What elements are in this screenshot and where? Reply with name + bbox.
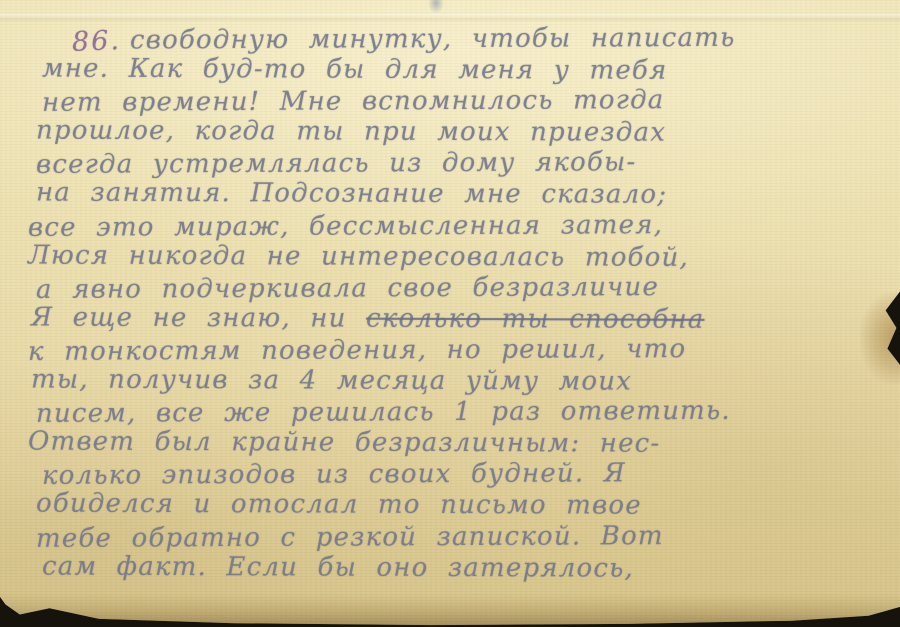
letter-line: тебе обратно с резкой запиской. Вот: [28, 520, 888, 555]
letter-line: Ответ был крайне безразличным: нес-: [28, 427, 888, 461]
crease-line: [0, 14, 900, 22]
letter-line: писем, все же решилась 1 раз ответить.: [28, 395, 888, 430]
strikethrough-text: сколько ты способна: [366, 304, 705, 335]
letter-line: мне. Как буд-то бы для меня у тебя: [28, 54, 888, 88]
letter-line: колько эпизодов из своих будней. Я: [28, 457, 888, 492]
letter-line: а явно подчеркивала свое безразличие: [28, 271, 888, 306]
letter-line: обиделся и отослал то письмо твое: [28, 489, 888, 523]
letter-line: Я еще не знаю, ни сколько ты способна: [28, 302, 888, 336]
letter-line: свободную минутку, чтобы написать: [28, 22, 888, 57]
letter-line: всегда устремлялась из дому якобы-: [28, 146, 888, 181]
letter-line: прошлое, когда ты при моих приездах: [28, 116, 888, 150]
ink-speck: [428, 0, 444, 14]
letter-line: нет времени! Мне вспомнилось тогда: [28, 84, 888, 119]
bottom-edge-shadow: [0, 593, 900, 627]
letter-text: свободную минутку, чтобы написать мне. К…: [28, 24, 888, 584]
letter-line: к тонкостям поведения, но решил, что: [28, 333, 888, 368]
letter-line: сам факт. Если бы оно затерялось,: [28, 551, 888, 585]
letter-line: все это мираж, бессмысленная затея,: [28, 209, 888, 244]
paper-sheet: 86. свободную минутку, чтобы написать мн…: [0, 0, 900, 627]
letter-line: на занятия. Подсознание мне сказало;: [28, 178, 888, 212]
letter-line: Люся никогда не интересовалась тобой,: [28, 240, 888, 274]
letter-line-text: Я еще не знаю, ни: [31, 302, 366, 333]
scanned-letter-page: 86. свободную минутку, чтобы написать мн…: [0, 0, 900, 627]
letter-line: ты, получив за 4 месяца уйму моих: [28, 365, 888, 399]
